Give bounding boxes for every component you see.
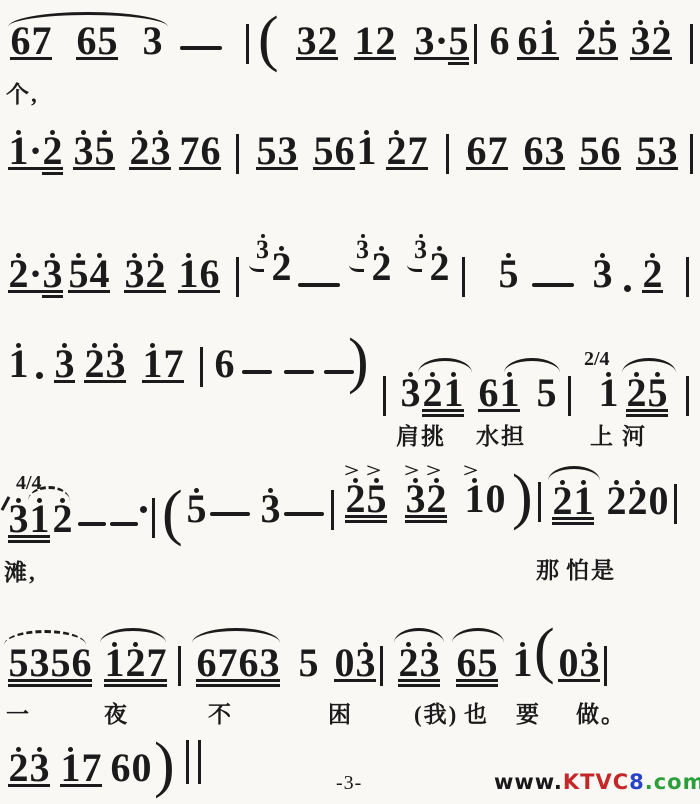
note-group: 3 <box>142 18 163 55</box>
note-digit: 2 <box>430 253 450 281</box>
note: 6 <box>71 640 92 677</box>
note-digit: 0 <box>559 649 579 677</box>
note-digit: 2 <box>346 485 366 513</box>
note-digit: 1 <box>513 649 533 677</box>
barline <box>686 376 689 416</box>
note-group: 127 <box>104 640 167 677</box>
close-paren: ) <box>154 734 175 796</box>
note-digit: 2 <box>627 379 647 407</box>
note-digit: 6 <box>467 137 487 165</box>
note: 1 <box>443 370 464 407</box>
note-digit: 2 <box>553 487 573 515</box>
note: 2 <box>626 370 647 407</box>
note-digit: 5 <box>580 137 600 165</box>
note-digit: 3 <box>415 27 435 55</box>
beam-line <box>8 535 50 538</box>
note: 3 <box>414 18 435 55</box>
note-digit: 3 <box>593 260 613 288</box>
note-digit: 5 <box>367 485 387 513</box>
note-group: 32 <box>630 18 672 55</box>
beam-line <box>68 290 110 293</box>
note: 3 <box>352 232 373 259</box>
note-digit: 7 <box>147 649 167 677</box>
note-group: 5 <box>186 486 207 523</box>
beam-line <box>354 57 396 60</box>
lyric: 肩挑 <box>396 418 446 451</box>
note-digit: 2 <box>387 137 407 165</box>
beam-line <box>626 409 668 412</box>
note-group: 1 <box>512 640 533 677</box>
note-group: 3 <box>592 251 613 288</box>
beam-line-2 <box>42 172 63 175</box>
note: 3 <box>29 745 50 782</box>
beam-line <box>8 784 50 787</box>
lyric: 个, <box>6 76 39 109</box>
note-group: 1 <box>8 341 29 378</box>
barline <box>178 646 181 686</box>
barline <box>674 484 677 524</box>
note-digit: 1 <box>574 487 594 515</box>
note: 6 <box>76 18 97 55</box>
note: 5 <box>50 640 71 677</box>
note-digit: 5 <box>537 379 557 407</box>
note: 6 <box>334 128 355 165</box>
note-digit: 6 <box>11 27 31 55</box>
note: 1 <box>512 640 533 677</box>
lyric: 一 <box>6 696 31 729</box>
beam-line <box>54 380 75 383</box>
note-digit: 1 <box>355 27 375 55</box>
note-digit: 3 <box>401 379 421 407</box>
note: 5 <box>8 640 29 677</box>
note-digit: 5 <box>648 379 668 407</box>
beam-line-2 <box>8 684 92 687</box>
note-group: 56 <box>579 128 621 165</box>
open-paren: ( <box>258 8 279 70</box>
beam-line <box>552 517 594 520</box>
sheet-music-page: 67653(32123·56612532个,1·2352376535612767… <box>0 0 700 804</box>
note-digit: 6 <box>215 350 235 378</box>
note: 2 <box>8 745 29 782</box>
note-group: 23 <box>129 128 171 165</box>
note-digit: 6 <box>200 260 220 288</box>
dash-note <box>532 283 574 287</box>
note-group: 54 <box>68 251 110 288</box>
note: 5 <box>298 640 319 677</box>
note: 3 <box>657 128 678 165</box>
note-digit: 2 <box>423 379 443 407</box>
note: 3 <box>29 640 50 677</box>
note-digit: 2 <box>9 260 29 288</box>
note: 1 <box>354 18 375 55</box>
note-digit: 5 <box>187 495 207 523</box>
note-digit: 2 <box>53 505 73 533</box>
barline <box>236 134 239 174</box>
note: 2 <box>386 128 407 165</box>
note: 6 <box>466 128 487 165</box>
note-digit: 0 <box>132 754 152 782</box>
beam-line-2 <box>448 62 469 65</box>
note: 3 <box>150 128 171 165</box>
beam-line <box>579 167 621 170</box>
beam-line <box>142 380 184 383</box>
note: 7 <box>31 18 52 55</box>
beam-line-2 <box>552 522 594 525</box>
note-digit: 3 <box>143 27 163 55</box>
note: 0 <box>334 640 355 677</box>
note: 2 <box>371 244 392 281</box>
lyric: 不 <box>208 696 233 729</box>
grace-hook <box>249 260 264 272</box>
note-group: 03 <box>558 640 600 677</box>
note-group: 61 <box>517 18 559 55</box>
note: 5 <box>579 128 600 165</box>
grace-note: 3 <box>410 232 431 259</box>
barline <box>690 24 693 64</box>
note: 5 <box>97 18 118 55</box>
note: 7 <box>179 128 200 165</box>
watermark-part: KTVC <box>563 770 629 794</box>
note: 2 <box>552 478 573 515</box>
note-digit: 7 <box>218 649 238 677</box>
note-digit: 6 <box>490 27 510 55</box>
note: 5 <box>536 370 557 407</box>
note-group: 32 <box>124 251 166 288</box>
beam-line-2 <box>345 520 387 523</box>
barline <box>690 134 693 174</box>
note: 3 <box>252 232 273 259</box>
note: 2 <box>145 251 166 288</box>
note: 2 <box>129 128 150 165</box>
note-group: 5 <box>498 251 519 288</box>
note-digit: 6 <box>201 137 221 165</box>
note: 3 <box>277 128 298 165</box>
note-group: 23 <box>398 640 440 677</box>
note: 5 <box>186 486 207 523</box>
note: · <box>435 18 448 55</box>
beam-line <box>422 409 464 412</box>
note-digit: 4 <box>90 260 110 288</box>
note: 5 <box>68 251 89 288</box>
note: 3 <box>355 640 376 677</box>
note-digit: 6 <box>335 137 355 165</box>
lyric: 上 <box>590 418 615 451</box>
beam-line <box>630 57 672 60</box>
note-digit: 5 <box>637 137 657 165</box>
aug-dot <box>140 506 147 513</box>
note: 3 <box>544 128 565 165</box>
note-digit: 6 <box>72 649 92 677</box>
note: 5 <box>448 18 469 55</box>
barline <box>383 376 386 416</box>
note: 2 <box>8 251 29 288</box>
barline <box>474 24 477 64</box>
beam-line <box>636 167 678 170</box>
note: 0 <box>485 476 506 513</box>
note: 2 <box>84 341 105 378</box>
note-group: 1·2 <box>8 128 63 165</box>
note: · <box>29 128 42 165</box>
note-digit: 3 <box>43 260 63 288</box>
note-digit: 6 <box>518 27 538 55</box>
beam-line <box>517 57 559 60</box>
note: 1 <box>573 478 594 515</box>
beam-line <box>104 679 167 682</box>
note: 6 <box>214 341 235 378</box>
note: 2 <box>429 244 450 281</box>
note-digit: 1 <box>105 649 125 677</box>
note-group: 6 <box>214 341 235 378</box>
note-group: 65 <box>456 640 498 677</box>
note-group: 10 <box>464 476 506 513</box>
note-group: 03 <box>334 640 376 677</box>
note: 6 <box>10 18 31 55</box>
lyric: 河 <box>622 418 647 451</box>
note: 3 <box>630 18 651 55</box>
note: 2 <box>125 640 146 677</box>
note: 3 <box>259 640 280 677</box>
note: 2 <box>317 18 338 55</box>
note-group: 25 <box>626 370 668 407</box>
note-digit: 2 <box>126 649 146 677</box>
note: 1 <box>142 341 163 378</box>
note-digit: 5 <box>499 260 519 288</box>
note-group: 1 <box>598 370 619 407</box>
note-digit: 3 <box>545 137 565 165</box>
note-group: 23 <box>8 745 50 782</box>
note-group: 16 <box>178 251 220 288</box>
note: 6 <box>517 18 538 55</box>
note: 7 <box>217 640 238 677</box>
note: 7 <box>146 640 167 677</box>
note-digit: 7 <box>408 137 428 165</box>
lyric: 夜 <box>104 696 129 729</box>
note: 1 <box>60 745 81 782</box>
beam-line <box>179 167 221 170</box>
note: 5 <box>498 251 519 288</box>
note: 3 <box>8 496 29 533</box>
note-digit: 2 <box>652 27 672 55</box>
barline <box>380 646 383 686</box>
note-digit: 3 <box>30 754 50 782</box>
note-digit: 6 <box>524 137 544 165</box>
barline <box>538 482 541 522</box>
lyric: 水担 <box>476 418 526 451</box>
barline <box>331 490 334 530</box>
beam-line-2 <box>196 684 280 687</box>
barline <box>152 498 155 538</box>
main-note: 2 <box>371 244 392 281</box>
note: 5 <box>647 370 668 407</box>
note: 2 <box>271 244 292 281</box>
note-group: 60 <box>110 745 152 782</box>
note: 7 <box>81 745 102 782</box>
note-digit: 2 <box>607 487 627 515</box>
note-digit: 5 <box>95 137 115 165</box>
note-digit: 1 <box>9 137 29 165</box>
note: 2 <box>42 128 63 165</box>
watermark-part: www. <box>494 770 563 794</box>
note-digit: 3 <box>106 350 126 378</box>
note-digit: 3 <box>278 137 298 165</box>
lyric: (我) <box>414 696 458 729</box>
beam-line-2 <box>8 540 50 543</box>
beam-line <box>456 679 498 682</box>
dash-note <box>242 370 272 374</box>
note-group: 5 <box>536 370 557 407</box>
note-group: 32 <box>405 476 447 513</box>
note-digit: 7 <box>82 754 102 782</box>
close-paren: ) <box>348 330 369 392</box>
beam-line <box>478 409 520 412</box>
note: 7 <box>163 341 184 378</box>
note-digit: 3 <box>356 240 369 259</box>
note-digit: 2 <box>318 27 338 55</box>
note-group: 1 <box>356 128 377 165</box>
note-digit: 2 <box>130 137 150 165</box>
note-digit: · <box>29 260 42 288</box>
note-digit: 2 <box>399 649 419 677</box>
note-group: 2·3 <box>8 251 63 288</box>
note-group: 220 <box>606 478 669 515</box>
note-digit: 0 <box>486 485 506 513</box>
note-digit: 0 <box>649 487 669 515</box>
note: 6 <box>600 128 621 165</box>
note-group: 31 <box>8 496 50 533</box>
note-group: 25 <box>345 476 387 513</box>
note: 1 <box>8 341 29 378</box>
barline <box>236 257 239 297</box>
note-group: 53 <box>256 128 298 165</box>
note-digit: 2 <box>427 485 447 513</box>
beam-line <box>73 167 115 170</box>
barline <box>568 376 571 416</box>
note: 2 <box>422 370 443 407</box>
note: 3 <box>260 486 281 523</box>
note: 3 <box>405 476 426 513</box>
beam-line <box>398 679 440 682</box>
note: 1 <box>356 128 377 165</box>
note-digit: 2 <box>272 253 292 281</box>
note-group: 21 <box>422 370 464 407</box>
note-group: 3 <box>54 341 75 378</box>
note-digit: 2 <box>9 754 29 782</box>
note-digit: 5 <box>598 27 618 55</box>
note-group: 21 <box>552 478 594 515</box>
beam-line <box>334 679 376 682</box>
open-paren: ( <box>534 620 555 682</box>
note-digit: 5 <box>299 649 319 677</box>
note: 2 <box>375 18 396 55</box>
beam-line-2 <box>456 684 498 687</box>
final-barline <box>186 740 201 784</box>
note-group: 6 <box>489 18 510 55</box>
close-paren: ) <box>512 466 533 528</box>
beam-line <box>345 515 387 518</box>
note: 6 <box>456 640 477 677</box>
beam-line <box>8 167 63 170</box>
note: 1 <box>104 640 125 677</box>
note-digit: 1 <box>143 350 163 378</box>
barline <box>686 257 689 297</box>
note: 6 <box>238 640 259 677</box>
note-digit: 3 <box>9 505 29 533</box>
lyric: 也 <box>464 696 489 729</box>
grace-note: 3 <box>252 232 273 259</box>
note-digit: 3 <box>356 649 376 677</box>
barline <box>246 24 249 64</box>
note-digit: 2 <box>372 253 392 281</box>
note-digit: 1 <box>465 485 485 513</box>
beam-line <box>84 380 126 383</box>
barline <box>604 646 607 686</box>
note-digit: 5 <box>314 137 334 165</box>
note: 6 <box>200 128 221 165</box>
dash-note <box>284 512 324 516</box>
beam-line <box>196 679 280 682</box>
note-group: 2 <box>642 251 663 288</box>
note-digit: 1 <box>500 379 520 407</box>
note: 7 <box>407 128 428 165</box>
note-digit: 3 <box>74 137 94 165</box>
note: 3 <box>54 341 75 378</box>
note: 5 <box>366 476 387 513</box>
note: 3 <box>105 341 126 378</box>
note-digit: 3 <box>406 485 426 513</box>
note: 2 <box>576 18 597 55</box>
note: 6 <box>196 640 217 677</box>
note-group: 35 <box>73 128 115 165</box>
note-group: 17 <box>60 745 102 782</box>
note: 2 <box>398 640 419 677</box>
dash-note <box>210 512 250 516</box>
note-digit: 7 <box>488 137 508 165</box>
note: 6 <box>478 370 499 407</box>
note-group: 61 <box>478 370 520 407</box>
note: 1 <box>8 128 29 165</box>
lyric: 怕是 <box>566 552 616 585</box>
grace-hook <box>407 260 422 272</box>
note-digit: 3 <box>260 649 280 677</box>
note-digit: 6 <box>239 649 259 677</box>
note-group: 25 <box>576 18 618 55</box>
grace-note-pair: 32 <box>352 232 398 288</box>
note-digit: · <box>29 137 42 165</box>
note: 2 <box>651 18 672 55</box>
note-digit: 7 <box>32 27 52 55</box>
note-digit: 6 <box>457 649 477 677</box>
note-digit: 5 <box>257 137 277 165</box>
note-digit: 1 <box>444 379 464 407</box>
note-group: 56 <box>313 128 355 165</box>
main-note: 2 <box>429 244 450 281</box>
note: 3 <box>73 128 94 165</box>
note-digit: 1 <box>61 754 81 782</box>
note-digit: 2 <box>577 27 597 55</box>
aug-dot <box>36 372 43 379</box>
beam-line <box>466 167 508 170</box>
beam-line <box>313 167 355 170</box>
beam-line <box>10 57 52 60</box>
note-digit: 3 <box>631 27 651 55</box>
dash-note <box>298 283 340 287</box>
beam-line-2 <box>42 295 63 298</box>
note: 6 <box>110 745 131 782</box>
beam-line-2 <box>398 684 440 687</box>
note-group: 27 <box>386 128 428 165</box>
note-digit: 3 <box>256 240 269 259</box>
beam-line <box>8 679 92 682</box>
